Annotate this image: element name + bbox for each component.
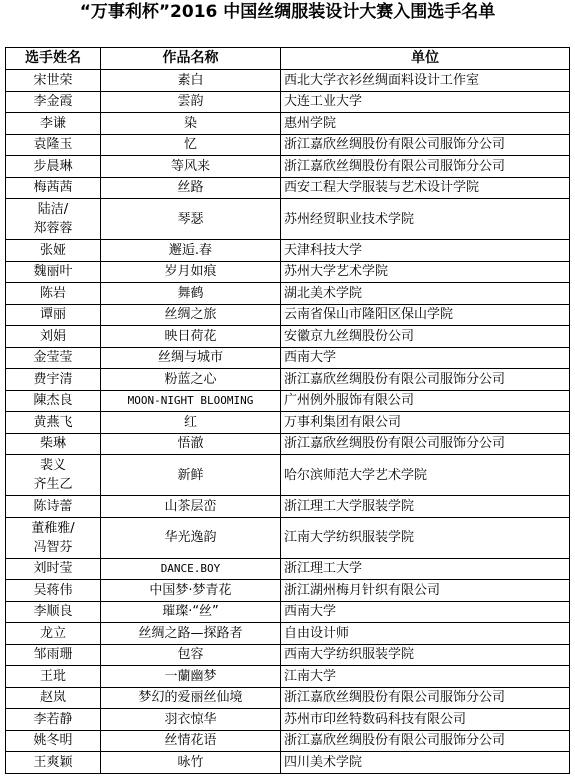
contestant-name-cell: 宋世荣 <box>6 70 101 92</box>
contestant-name: 王爽颖 <box>6 753 100 772</box>
contestant-name: 陆洁/ <box>6 200 100 219</box>
contestant-name: 步晨琳 <box>6 157 100 176</box>
table-row: 李金霞雲韵大连工业大学 <box>6 91 570 113</box>
contestant-name-cell: 陳杰良 <box>6 390 101 412</box>
organization-cell: 苏州大学艺术学院 <box>281 261 570 283</box>
table-row: 谭丽丝绸之旅云南省保山市隆阳区保山学院 <box>6 304 570 326</box>
work-title-cell: 素白 <box>101 70 281 92</box>
contestant-name: 张娅 <box>6 241 100 260</box>
contestant-name-cell: 王爽颖 <box>6 752 101 774</box>
work-title-cell: 丝绸之旅 <box>101 304 281 326</box>
work-title-cell: 中国梦·梦青花 <box>101 580 281 602</box>
contestant-name-cell: 谭丽 <box>6 304 101 326</box>
work-title-cell: 包容 <box>101 644 281 666</box>
work-title-cell: 一蘭幽梦 <box>101 666 281 688</box>
contestant-name-cell: 刘娟 <box>6 326 101 348</box>
work-title-cell: 璀璨·“丝” <box>101 601 281 623</box>
table-row: 步晨琳等风来浙江嘉欣丝绸股份有限公司服饰分公司 <box>6 156 570 178</box>
organization-cell: 天津科技大学 <box>281 240 570 262</box>
contestant-name-cell: 邹雨珊 <box>6 644 101 666</box>
contestant-name-cell: 步晨琳 <box>6 156 101 178</box>
contestant-name: 金莹莹 <box>6 348 100 367</box>
table-row: 李若静羽衣惊华苏州市印丝特数码科技有限公司 <box>6 709 570 731</box>
contestant-name: 费宇清 <box>6 370 100 389</box>
table-row: 陆洁/郑蓉蓉琴瑟苏州经贸职业技术学院 <box>6 199 570 240</box>
header-organization: 单位 <box>281 48 570 70</box>
contestant-name: 刘娟 <box>6 327 100 346</box>
contestant-name: 李顺良 <box>6 602 100 621</box>
work-title-cell: 邂逅.春 <box>101 240 281 262</box>
work-title-cell: 山茶层峦 <box>101 496 281 518</box>
table-row: 宋世荣素白西北大学衣衫丝绸面料设计工作室 <box>6 70 570 92</box>
work-title-cell: MOON-NIGHT BLOOMING <box>101 390 281 412</box>
work-title-cell: 忆 <box>101 134 281 156</box>
table-row: 李谦染惠州学院 <box>6 113 570 135</box>
contestant-name-cell: 裴义齐生乙 <box>6 455 101 496</box>
table-row: 王爽颖咏竹四川美术学院 <box>6 752 570 774</box>
contestant-name: 李若静 <box>6 710 100 729</box>
organization-cell: 湖北美术学院 <box>281 283 570 305</box>
contestant-name-cell: 李若静 <box>6 709 101 731</box>
work-title-cell: 华光逸韵 <box>101 517 281 558</box>
contestant-name: 姚冬明 <box>6 731 100 750</box>
work-title-cell: DANCE.BOY <box>101 558 281 580</box>
contestant-name: 宋世荣 <box>6 71 100 90</box>
organization-cell: 哈尔滨师范大学艺术学院 <box>281 455 570 496</box>
contestant-name: 冯智芬 <box>6 538 100 557</box>
contestant-name-cell: 袁隆玉 <box>6 134 101 156</box>
organization-cell: 西南大学纺织服装学院 <box>281 644 570 666</box>
work-title-cell: 红 <box>101 412 281 434</box>
contestant-name-cell: 张娅 <box>6 240 101 262</box>
contestant-name: 王玭 <box>6 667 100 686</box>
organization-cell: 浙江湖州梅月针织有限公司 <box>281 580 570 602</box>
contestant-name-cell: 姚冬明 <box>6 730 101 752</box>
organization-cell: 西南大学 <box>281 347 570 369</box>
organization-cell: 四川美术学院 <box>281 752 570 774</box>
table-header-row: 选手姓名 作品名称 单位 <box>6 48 570 70</box>
organization-cell: 大连工业大学 <box>281 91 570 113</box>
contestant-name-cell: 魏丽叶 <box>6 261 101 283</box>
organization-cell: 浙江嘉欣丝绸股份有限公司服饰分公司 <box>281 156 570 178</box>
table-row: 赵岚梦幻的爱丽丝仙境浙江嘉欣丝绸股份有限公司服饰分公司 <box>6 687 570 709</box>
organization-cell: 云南省保山市隆阳区保山学院 <box>281 304 570 326</box>
table-row: 陈诗蕾山茶层峦浙江理工大学服装学院 <box>6 496 570 518</box>
table-row: 黄燕飞红万事利集团有限公司 <box>6 412 570 434</box>
contestant-name: 李金霞 <box>6 92 100 111</box>
document-title: “万事利杯”2016 中国丝绸服装设计大赛入围选手名单 <box>0 2 575 22</box>
contestant-name-cell: 金莹莹 <box>6 347 101 369</box>
contestant-name: 陳杰良 <box>6 391 100 410</box>
contestant-name-cell: 陈诗蕾 <box>6 496 101 518</box>
contestant-name-cell: 陈岩 <box>6 283 101 305</box>
contestant-name-cell: 柴琳 <box>6 433 101 455</box>
table-row: 梅茜茜丝路西安工程大学服装与艺术设计学院 <box>6 177 570 199</box>
table-row: 吴蒋伟中国梦·梦青花浙江湖州梅月针织有限公司 <box>6 580 570 602</box>
contestant-name-cell: 王玭 <box>6 666 101 688</box>
work-title-cell: 舞鹤 <box>101 283 281 305</box>
work-title-cell: 粉蓝之心 <box>101 369 281 391</box>
organization-cell: 浙江理工大学 <box>281 558 570 580</box>
contestant-name-cell: 梅茜茜 <box>6 177 101 199</box>
contestant-name: 陈诗蕾 <box>6 497 100 516</box>
contestant-name-cell: 龙立 <box>6 623 101 645</box>
organization-cell: 浙江嘉欣丝绸股份有限公司服饰分公司 <box>281 134 570 156</box>
organization-cell: 浙江理工大学服装学院 <box>281 496 570 518</box>
table-row: 邹雨珊包容西南大学纺织服装学院 <box>6 644 570 666</box>
contestant-name: 魏丽叶 <box>6 262 100 281</box>
table-row: 董稚雅/冯智芬华光逸韵江南大学纺织服装学院 <box>6 517 570 558</box>
organization-cell: 江南大学纺织服装学院 <box>281 517 570 558</box>
contestant-name-cell: 李金霞 <box>6 91 101 113</box>
contestant-name: 梅茜茜 <box>6 178 100 197</box>
table-row: 刘娟映日荷花安徽京九丝绸股份公司 <box>6 326 570 348</box>
contestant-name: 齐生乙 <box>6 475 100 494</box>
table-row: 刘时莹DANCE.BOY浙江理工大学 <box>6 558 570 580</box>
organization-cell: 浙江嘉欣丝绸股份有限公司服饰分公司 <box>281 687 570 709</box>
table-row: 王玭一蘭幽梦江南大学 <box>6 666 570 688</box>
table-row: 李顺良璀璨·“丝”西南大学 <box>6 601 570 623</box>
contestant-name: 陈岩 <box>6 284 100 303</box>
organization-cell: 自由设计师 <box>281 623 570 645</box>
contestant-name: 龙立 <box>6 624 100 643</box>
contestant-name-cell: 赵岚 <box>6 687 101 709</box>
work-title-cell: 梦幻的爱丽丝仙境 <box>101 687 281 709</box>
contestant-name-cell: 李谦 <box>6 113 101 135</box>
work-title-cell: 映日荷花 <box>101 326 281 348</box>
contestant-name: 谭丽 <box>6 305 100 324</box>
contestant-name: 刘时莹 <box>6 559 100 578</box>
table-row: 金莹莹丝绸与城市西南大学 <box>6 347 570 369</box>
work-title-cell: 雲韵 <box>101 91 281 113</box>
work-title-cell: 丝情花语 <box>101 730 281 752</box>
table-row: 姚冬明丝情花语浙江嘉欣丝绸股份有限公司服饰分公司 <box>6 730 570 752</box>
header-contestant-name: 选手姓名 <box>6 48 101 70</box>
table-row: 费宇清粉蓝之心浙江嘉欣丝绸股份有限公司服饰分公司 <box>6 369 570 391</box>
table-row: 裴义齐生乙新鲜哈尔滨师范大学艺术学院 <box>6 455 570 496</box>
contestant-name-cell: 李顺良 <box>6 601 101 623</box>
header-work-title: 作品名称 <box>101 48 281 70</box>
work-title-cell: 羽衣惊华 <box>101 709 281 731</box>
contestant-name-cell: 刘时莹 <box>6 558 101 580</box>
contestant-name: 吴蒋伟 <box>6 581 100 600</box>
organization-cell: 浙江嘉欣丝绸股份有限公司服饰分公司 <box>281 369 570 391</box>
table-row: 袁隆玉忆浙江嘉欣丝绸股份有限公司服饰分公司 <box>6 134 570 156</box>
contestant-name: 柴琳 <box>6 434 100 453</box>
organization-cell: 苏州市印丝特数码科技有限公司 <box>281 709 570 731</box>
contestant-name: 邹雨珊 <box>6 645 100 664</box>
work-title-cell: 岁月如痕 <box>101 261 281 283</box>
table-row: 柴琳悟澈浙江嘉欣丝绸股份有限公司服饰分公司 <box>6 433 570 455</box>
contestant-name: 赵岚 <box>6 688 100 707</box>
contestant-name-cell: 费宇清 <box>6 369 101 391</box>
contestant-name: 裴义 <box>6 456 100 475</box>
table-row: 龙立丝绸之路—探路者自由设计师 <box>6 623 570 645</box>
organization-cell: 安徽京九丝绸股份公司 <box>281 326 570 348</box>
table-row: 张娅邂逅.春天津科技大学 <box>6 240 570 262</box>
work-title-cell: 等风来 <box>101 156 281 178</box>
work-title-cell: 悟澈 <box>101 433 281 455</box>
contestant-name-cell: 吴蒋伟 <box>6 580 101 602</box>
work-title-cell: 琴瑟 <box>101 199 281 240</box>
contestant-name: 郑蓉蓉 <box>6 219 100 238</box>
work-title-cell: 丝绸与城市 <box>101 347 281 369</box>
contestant-name: 董稚雅/ <box>6 519 100 538</box>
organization-cell: 西安工程大学服装与艺术设计学院 <box>281 177 570 199</box>
organization-cell: 苏州经贸职业技术学院 <box>281 199 570 240</box>
organization-cell: 江南大学 <box>281 666 570 688</box>
contestant-name-cell: 黄燕飞 <box>6 412 101 434</box>
organization-cell: 惠州学院 <box>281 113 570 135</box>
contestant-name-cell: 陆洁/郑蓉蓉 <box>6 199 101 240</box>
work-title-cell: 咏竹 <box>101 752 281 774</box>
organization-cell: 广州例外服饰有限公司 <box>281 390 570 412</box>
contestant-name: 黄燕飞 <box>6 413 100 432</box>
organization-cell: 浙江嘉欣丝绸股份有限公司服饰分公司 <box>281 433 570 455</box>
organization-cell: 西南大学 <box>281 601 570 623</box>
finalists-table: 选手姓名 作品名称 单位 宋世荣素白西北大学衣衫丝绸面料设计工作室李金霞雲韵大连… <box>5 47 570 774</box>
work-title-cell: 丝路 <box>101 177 281 199</box>
contestant-name-cell: 董稚雅/冯智芬 <box>6 517 101 558</box>
work-title-cell: 丝绸之路—探路者 <box>101 623 281 645</box>
organization-cell: 西北大学衣衫丝绸面料设计工作室 <box>281 70 570 92</box>
work-title-cell: 染 <box>101 113 281 135</box>
organization-cell: 万事利集团有限公司 <box>281 412 570 434</box>
table-row: 魏丽叶岁月如痕苏州大学艺术学院 <box>6 261 570 283</box>
contestant-name: 李谦 <box>6 114 100 133</box>
table-row: 陈岩舞鹤湖北美术学院 <box>6 283 570 305</box>
contestant-name: 袁隆玉 <box>6 135 100 154</box>
work-title-cell: 新鲜 <box>101 455 281 496</box>
organization-cell: 浙江嘉欣丝绸股份有限公司服饰分公司 <box>281 730 570 752</box>
table-row: 陳杰良MOON-NIGHT BLOOMING广州例外服饰有限公司 <box>6 390 570 412</box>
